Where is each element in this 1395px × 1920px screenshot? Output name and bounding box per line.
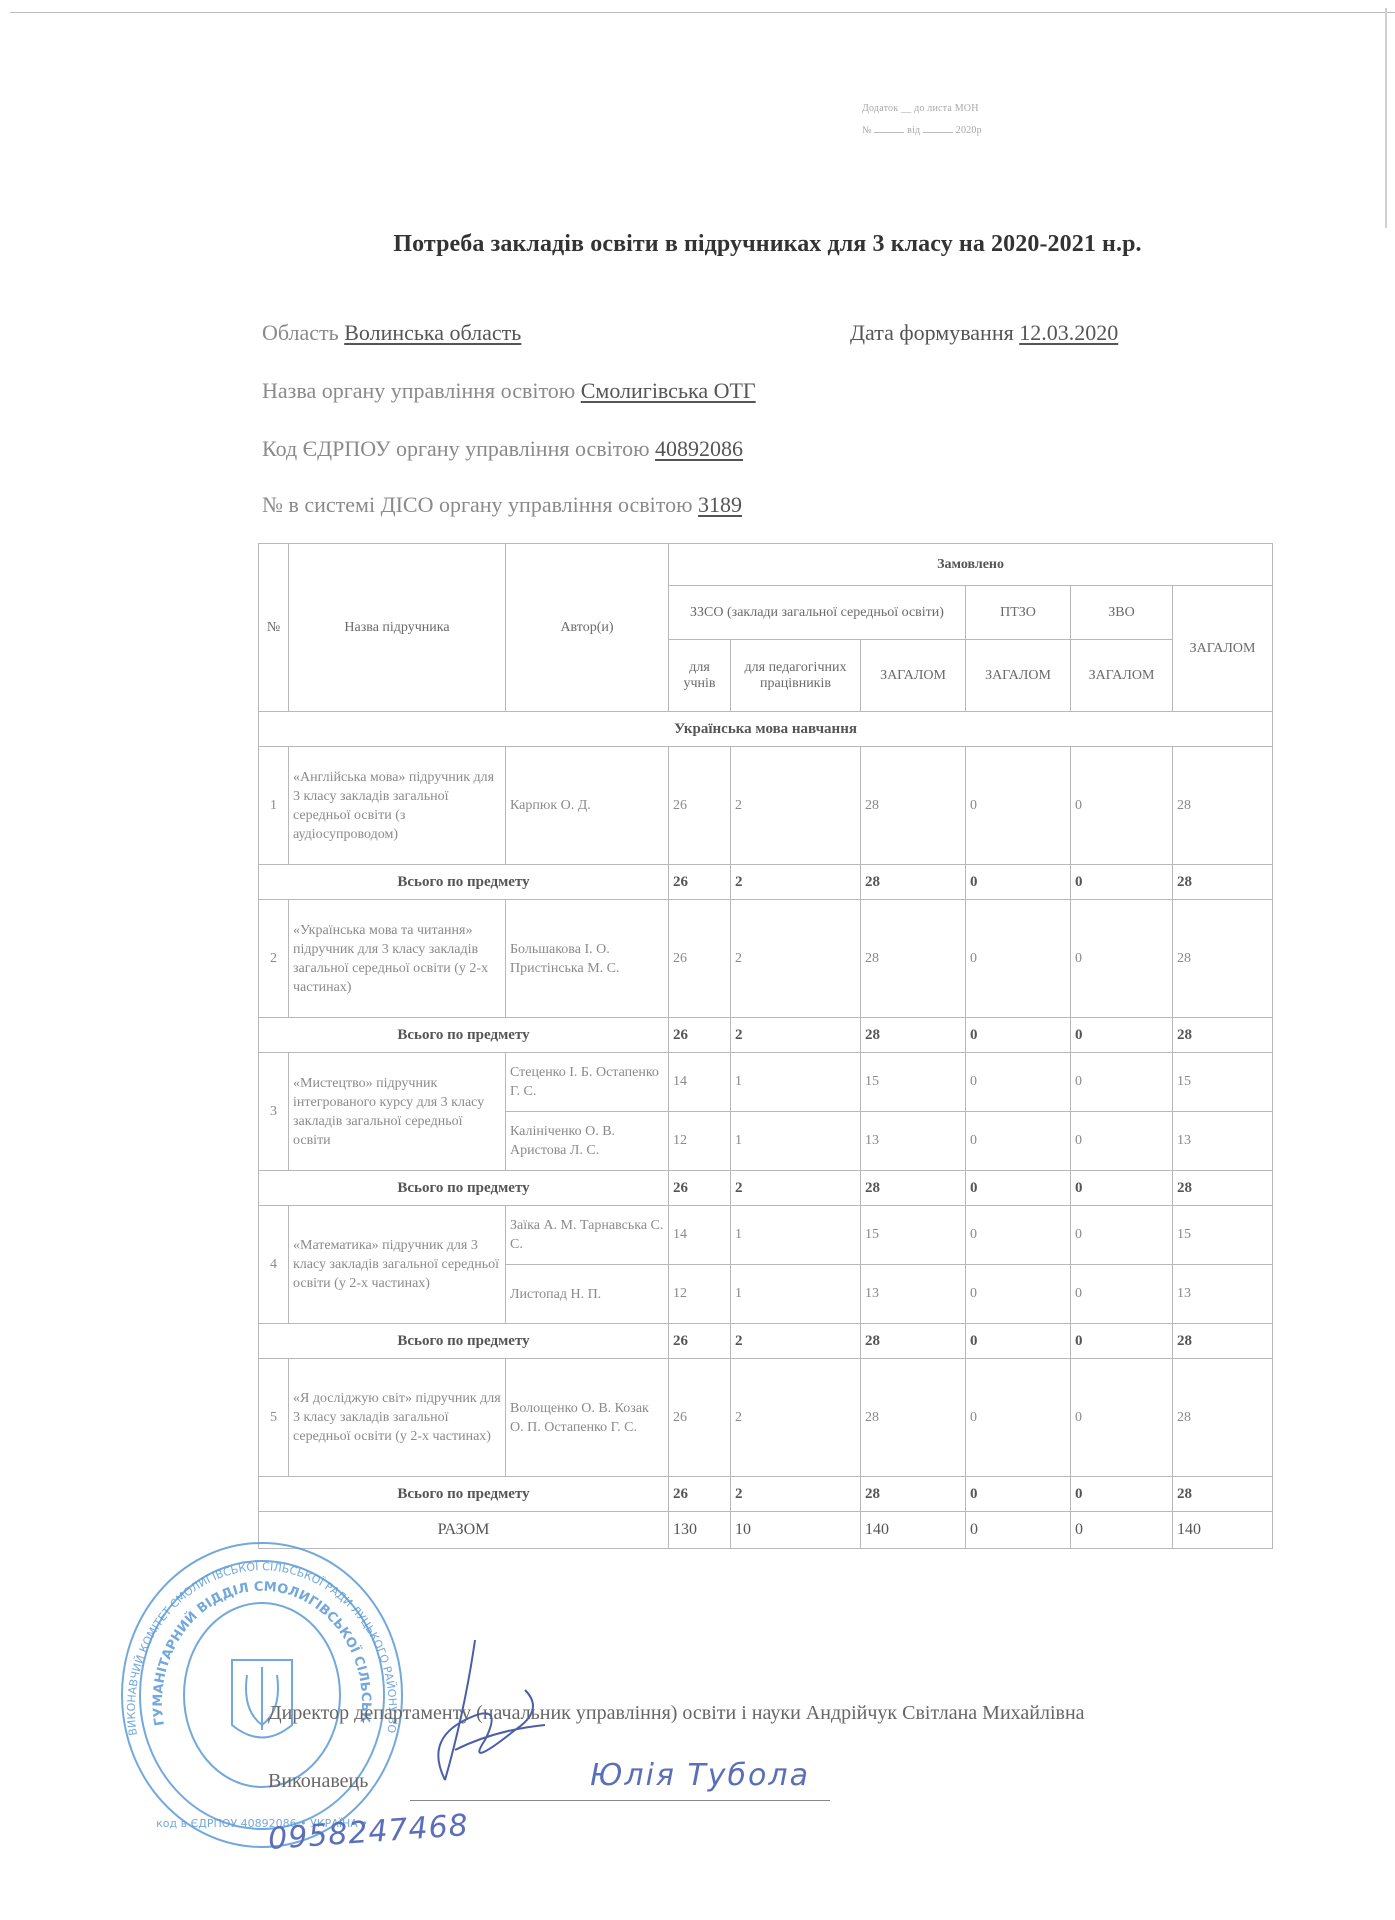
header-zvo-total: ЗАГАЛОМ [1071, 640, 1173, 712]
header-ordered: Замовлено [669, 544, 1273, 586]
count-zvo: 0 [1071, 1359, 1173, 1477]
authority-value: Смолигівська ОТГ [581, 378, 756, 403]
scan-edge-top [10, 12, 1395, 13]
count-total: 28 [1173, 747, 1273, 865]
book-number: 3 [259, 1053, 289, 1171]
subtotal-ptzo: 0 [966, 1171, 1071, 1206]
book-title: «Математика» підручник для 3 класу закла… [289, 1206, 506, 1324]
director-signature [405, 1630, 555, 1800]
book-row: 5«Я досліджую світ» підручник для 3 клас… [259, 1359, 1273, 1477]
edrpou-line: Код ЄДРПОУ органу управління освітою 408… [262, 436, 743, 462]
grand-total-zvo: 0 [1071, 1512, 1173, 1549]
count-total: 28 [1173, 1359, 1273, 1477]
subtotal-total: 28 [1173, 1324, 1273, 1359]
grand-total-students: 130 [669, 1512, 731, 1549]
book-title: «Мистецтво» підручник інтегрованого курс… [289, 1053, 506, 1171]
count-students: 26 [669, 1359, 731, 1477]
subtotal-total: 28 [1173, 865, 1273, 900]
edrpou-value: 40892086 [655, 436, 743, 461]
subtotal-total: 28 [1173, 1018, 1273, 1053]
count-ptzo: 0 [966, 1053, 1071, 1112]
executor-handwritten-name: Юлія Тубола [590, 1758, 810, 1793]
count-teachers: 2 [731, 1359, 861, 1477]
subtotal-students: 26 [669, 1171, 731, 1206]
authority-line: Назва органу управління освітою Смолигів… [262, 378, 756, 404]
subtotal-students: 26 [669, 1018, 731, 1053]
count-total: 13 [1173, 1112, 1273, 1171]
subject-subtotal-row: Всього по предмету262280028 [259, 1324, 1273, 1359]
subtotal-teachers: 2 [731, 1018, 861, 1053]
count-zvo: 0 [1071, 1053, 1173, 1112]
count-teachers: 2 [731, 900, 861, 1018]
disco-line: № в системі ДІСО органу управління освіт… [262, 492, 742, 518]
subtotal-zzso-total: 28 [861, 865, 966, 900]
subtotal-teachers: 2 [731, 1477, 861, 1512]
book-authors: Стеценко І. Б. Остапенко Г. С. [506, 1053, 669, 1112]
executor-label: Виконавець [268, 1770, 368, 1793]
count-zzso-total: 28 [861, 1359, 966, 1477]
count-total: 15 [1173, 1053, 1273, 1112]
count-total: 15 [1173, 1206, 1273, 1265]
region-value: Волинська область [344, 320, 521, 345]
grand-total-ptzo: 0 [966, 1512, 1071, 1549]
subtotal-label: Всього по предмету [259, 865, 669, 900]
count-ptzo: 0 [966, 1206, 1071, 1265]
header-ptzo: ПТЗО [966, 586, 1071, 640]
count-zzso-total: 13 [861, 1265, 966, 1324]
header-total: ЗАГАЛОМ [1173, 586, 1273, 712]
book-title: «Українська мова та читання» підручник д… [289, 900, 506, 1018]
grand-total-teachers: 10 [731, 1512, 861, 1549]
count-teachers: 1 [731, 1053, 861, 1112]
count-zzso-total: 15 [861, 1053, 966, 1112]
subtotal-zzso-total: 28 [861, 1171, 966, 1206]
book-number: 1 [259, 747, 289, 865]
subtotal-students: 26 [669, 865, 731, 900]
count-zvo: 0 [1071, 747, 1173, 865]
subject-subtotal-row: Всього по предмету262280028 [259, 1171, 1273, 1206]
book-number: 5 [259, 1359, 289, 1477]
count-ptzo: 0 [966, 1359, 1071, 1477]
count-students: 12 [669, 1265, 731, 1324]
section-row: Українська мова навчання [259, 712, 1273, 747]
header-num: № [259, 544, 289, 712]
document-title: Потреба закладів освіти в підручниках дл… [0, 231, 1395, 258]
header-name: Назва підручника [289, 544, 506, 712]
header-zzso-total: ЗАГАЛОМ [861, 640, 966, 712]
book-row: 4«Математика» підручник для 3 класу закл… [259, 1206, 1273, 1265]
subtotal-label: Всього по предмету [259, 1171, 669, 1206]
book-number: 4 [259, 1206, 289, 1324]
count-students: 14 [669, 1206, 731, 1265]
annex-line-1: Додаток __ до листа МОН [862, 98, 982, 120]
count-zvo: 0 [1071, 1112, 1173, 1171]
book-authors: Большакова І. О. Пристінська М. С. [506, 900, 669, 1018]
count-total: 13 [1173, 1265, 1273, 1324]
region-line: Область Волинська область [262, 320, 521, 346]
subtotal-zvo: 0 [1071, 865, 1173, 900]
annex-note: Додаток __ до листа МОН № від 2020р [862, 98, 982, 142]
count-ptzo: 0 [966, 900, 1071, 1018]
subtotal-ptzo: 0 [966, 1324, 1071, 1359]
subtotal-zvo: 0 [1071, 1477, 1173, 1512]
header-authors: Автор(и) [506, 544, 669, 712]
date-line: Дата формування 12.03.2020 [850, 320, 1118, 346]
subtotal-zzso-total: 28 [861, 1324, 966, 1359]
header-for-students: для учнів [669, 640, 731, 712]
header-for-teachers: для педагогічних працівників [731, 640, 861, 712]
count-students: 26 [669, 900, 731, 1018]
book-row: 1«Англійська мова» підручник для 3 класу… [259, 747, 1273, 865]
count-students: 14 [669, 1053, 731, 1112]
book-row: 3«Мистецтво» підручник інтегрованого кур… [259, 1053, 1273, 1112]
subtotal-zzso-total: 28 [861, 1477, 966, 1512]
book-authors: Карпюк О. Д. [506, 747, 669, 865]
subtotal-zzso-total: 28 [861, 1018, 966, 1053]
subtotal-label: Всього по предмету [259, 1324, 669, 1359]
subtotal-zvo: 0 [1071, 1171, 1173, 1206]
header-ptzo-total: ЗАГАЛОМ [966, 640, 1071, 712]
textbook-demand-table: № Назва підручника Автор(и) Замовлено ЗЗ… [258, 543, 1273, 1549]
book-number: 2 [259, 900, 289, 1018]
subtotal-teachers: 2 [731, 1171, 861, 1206]
count-teachers: 2 [731, 747, 861, 865]
subtotal-teachers: 2 [731, 1324, 861, 1359]
grand-total-total: 140 [1173, 1512, 1273, 1549]
count-students: 12 [669, 1112, 731, 1171]
count-teachers: 1 [731, 1265, 861, 1324]
subtotal-ptzo: 0 [966, 1477, 1071, 1512]
count-zzso-total: 28 [861, 747, 966, 865]
book-row: 2«Українська мова та читання» підручник … [259, 900, 1273, 1018]
subtotal-students: 26 [669, 1477, 731, 1512]
annex-line-2: № від 2020р [862, 120, 982, 142]
subject-subtotal-row: Всього по предмету262280028 [259, 1018, 1273, 1053]
book-authors: Заїка А. М. Тарнавська С. С. [506, 1206, 669, 1265]
count-zzso-total: 13 [861, 1112, 966, 1171]
subtotal-teachers: 2 [731, 865, 861, 900]
scan-edge-right [1385, 8, 1387, 228]
disco-value: 3189 [698, 492, 742, 517]
count-zvo: 0 [1071, 900, 1173, 1018]
count-ptzo: 0 [966, 747, 1071, 865]
book-title: «Я досліджую світ» підручник для 3 класу… [289, 1359, 506, 1477]
subject-subtotal-row: Всього по предмету262280028 [259, 865, 1273, 900]
subject-subtotal-row: Всього по предмету262280028 [259, 1477, 1273, 1512]
executor-signature-line [410, 1800, 830, 1801]
subtotal-zvo: 0 [1071, 1324, 1173, 1359]
count-students: 26 [669, 747, 731, 865]
count-ptzo: 0 [966, 1112, 1071, 1171]
count-ptzo: 0 [966, 1265, 1071, 1324]
subtotal-ptzo: 0 [966, 1018, 1071, 1053]
header-zzso: ЗЗСО (заклади загальної середньої освіти… [669, 586, 966, 640]
subtotal-total: 28 [1173, 1171, 1273, 1206]
book-authors: Листопад Н. П. [506, 1265, 669, 1324]
count-total: 28 [1173, 900, 1273, 1018]
date-value: 12.03.2020 [1019, 320, 1118, 345]
subtotal-label: Всього по предмету [259, 1477, 669, 1512]
grand-total-zzso-total: 140 [861, 1512, 966, 1549]
count-zvo: 0 [1071, 1206, 1173, 1265]
subtotal-label: Всього по предмету [259, 1018, 669, 1053]
count-teachers: 1 [731, 1112, 861, 1171]
book-authors: Калініченко О. В. Аристова Л. С. [506, 1112, 669, 1171]
subtotal-total: 28 [1173, 1477, 1273, 1512]
count-zzso-total: 15 [861, 1206, 966, 1265]
count-zzso-total: 28 [861, 900, 966, 1018]
count-zvo: 0 [1071, 1265, 1173, 1324]
book-authors: Волощенко О. В. Козак О. П. Остапенко Г.… [506, 1359, 669, 1477]
subtotal-ptzo: 0 [966, 865, 1071, 900]
subtotal-zvo: 0 [1071, 1018, 1173, 1053]
header-zvo: ЗВО [1071, 586, 1173, 640]
count-teachers: 1 [731, 1206, 861, 1265]
book-title: «Англійська мова» підручник для 3 класу … [289, 747, 506, 865]
subtotal-students: 26 [669, 1324, 731, 1359]
